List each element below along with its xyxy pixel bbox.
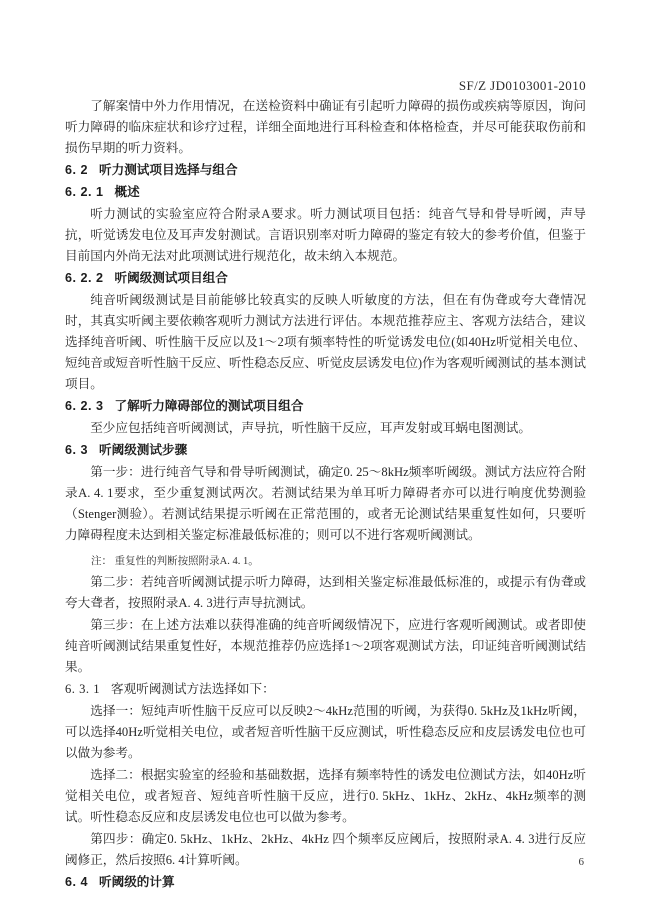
section-title: 听阈级测试项目组合	[115, 271, 228, 285]
paragraph-case-info: 了解案情中外力作用情况，在送检资料中确证有引起听力障碍的损伤或疾病等原因，询问听…	[65, 96, 586, 159]
paragraph-overview: 听力测试的实验室应符合附录A要求。听力测试项目包括：纯音气导和骨导听阈，声导抗，…	[65, 204, 586, 267]
doc-number: SF/Z JD0103001-2010	[459, 78, 586, 94]
paragraph-step-3: 第三步：在上述方法难以获得准确的纯音听阈级情况下，应进行客观听阈测试。或者即使纯…	[65, 615, 586, 678]
document-page: SF/Z JD0103001-2010 了解案情中外力作用情况，在送检资料中确证…	[0, 0, 650, 919]
section-number: 6. 3. 1	[65, 679, 100, 700]
section-number: 6. 2. 3	[65, 396, 104, 417]
section-number: 6. 4	[65, 872, 88, 893]
section-heading-6-2-3: 6. 2. 3了解听力障碍部位的测试项目组合	[65, 396, 586, 417]
paragraph-step-4: 第四步：确定0. 5kHz、1kHz、2kHz、4kHz 四个频率反应阈后，按照…	[65, 829, 586, 871]
paragraph-lesion-site-tests: 至少应包括纯音听阈测试，声导抗，听性脑干反应，耳声发射或耳蜗电图测试。	[65, 418, 586, 439]
section-title: 概述	[115, 185, 140, 199]
section-heading-6-2-1: 6. 2. 1概述	[65, 182, 586, 203]
section-title: 听阈级测试步骤	[99, 443, 187, 457]
section-title: 听力测试项目选择与组合	[99, 163, 238, 177]
section-heading-6-3-1: 6. 3. 1客观听阈测试方法选择如下：	[65, 679, 586, 700]
section-title: 客观听阈测试方法选择如下：	[111, 682, 275, 696]
note-repeatability: 注： 重复性的判断按照附录A. 4. 1。	[65, 554, 586, 569]
section-title: 了解听力障碍部位的测试项目组合	[115, 399, 304, 413]
section-number: 6. 2	[65, 160, 88, 181]
section-heading-6-4: 6. 4听阈级的计算	[65, 872, 586, 893]
paragraph-threshold-combination: 纯音听阈级测试是目前能够比较真实的反映人听敏度的方法，但在有伪聋或夸大聋情况时，…	[65, 290, 586, 395]
section-heading-6-2: 6. 2听力测试项目选择与组合	[65, 160, 586, 181]
paragraph-step-1: 第一步：进行纯音气导和骨导听阈测试，确定0. 25～8kHz频率听阈级。测试方法…	[65, 462, 586, 546]
page-number: 6	[579, 856, 585, 868]
section-title: 听阈级的计算	[99, 875, 175, 889]
paragraph-step-2: 第二步：若纯音听阈测试提示听力障碍，达到相关鉴定标准最低标准的，或提示有伪聋或夸…	[65, 572, 586, 614]
section-heading-6-2-2: 6. 2. 2听阈级测试项目组合	[65, 268, 586, 289]
section-number: 6. 3	[65, 440, 88, 461]
paragraph-option-2: 选择二：根据实验室的经验和基础数据，选择有频率特性的诱发电位测试方法，如40Hz…	[65, 765, 586, 828]
document-body: 了解案情中外力作用情况，在送检资料中确证有引起听力障碍的损伤或疾病等原因，询问听…	[65, 95, 586, 894]
paragraph-option-1: 选择一：短纯声听性脑干反应可以反映2～4kHz范围的听阈，为获得0. 5kHz及…	[65, 701, 586, 764]
section-number: 6. 2. 1	[65, 182, 104, 203]
section-number: 6. 2. 2	[65, 268, 104, 289]
section-heading-6-3: 6. 3听阈级测试步骤	[65, 440, 586, 461]
